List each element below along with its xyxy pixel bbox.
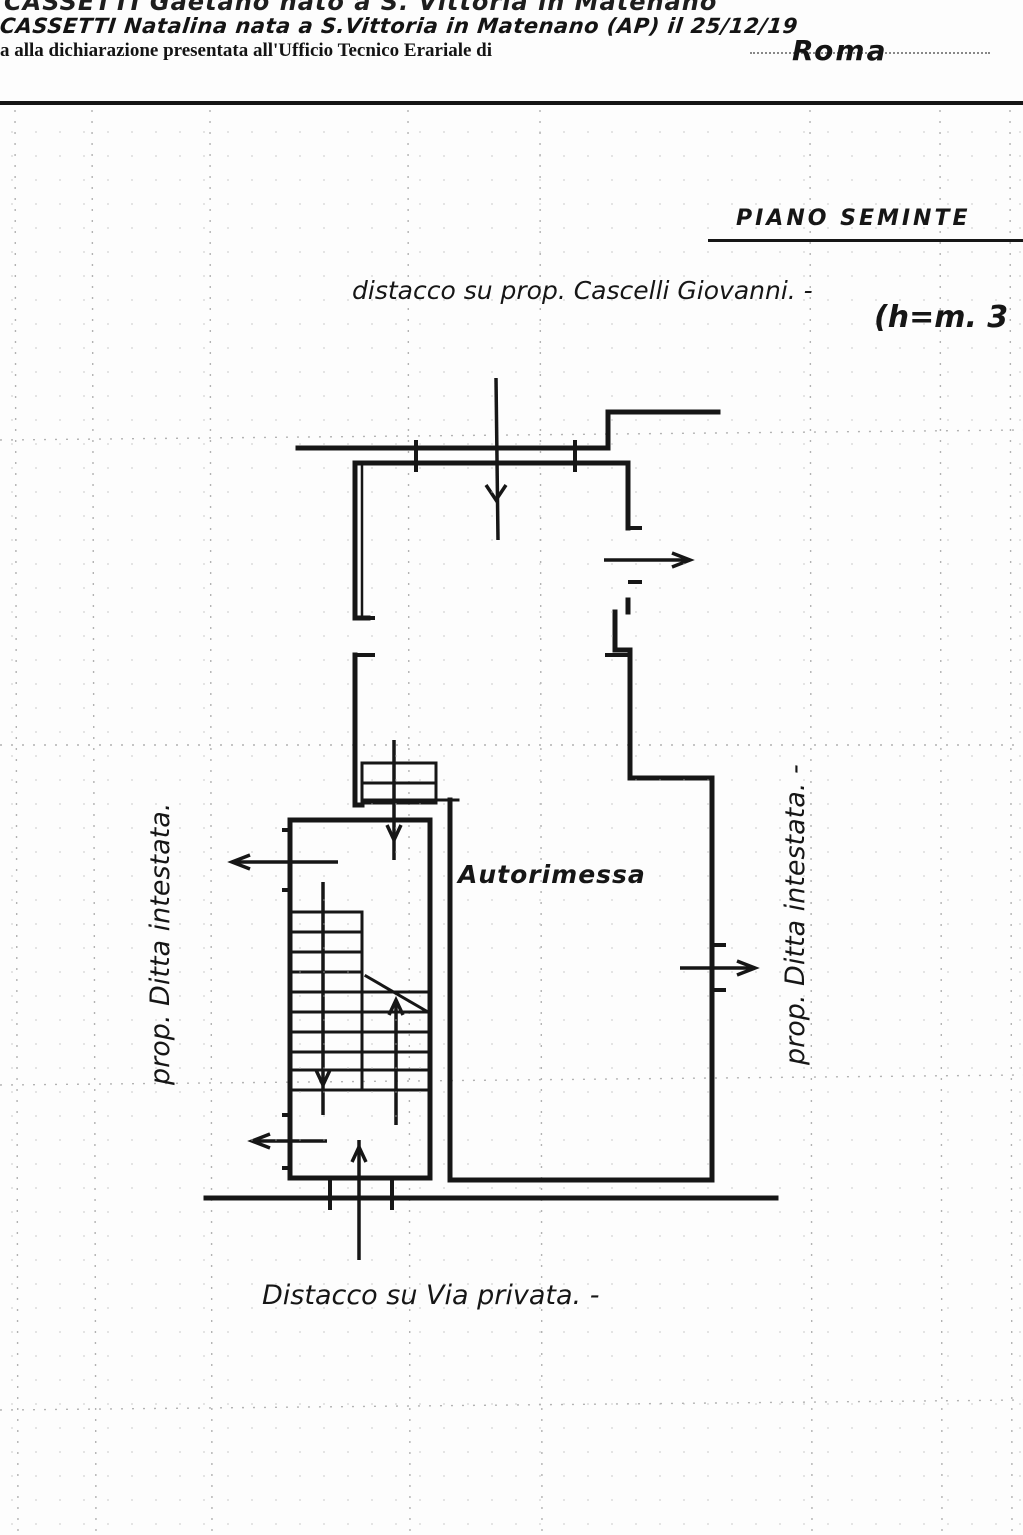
floor-title: PIANO SEMINTE bbox=[736, 206, 971, 231]
annotation-bottom-boundary: Distacco su Via privata. - bbox=[262, 1280, 599, 1311]
annotation-right-boundary: prop. Ditta intestata. - bbox=[780, 764, 811, 1065]
room-label-autorimessa: Autorimessa bbox=[458, 860, 646, 889]
floor-title-underline bbox=[708, 239, 1023, 242]
annotation-left-boundary: prop. Ditta intestata. bbox=[145, 803, 176, 1085]
cadastral-floor-plan-page: CASSETTI Gaetano nato a S. Vittoria in M… bbox=[0, 0, 1023, 1535]
annotation-ceiling-height: (h=m. 3 bbox=[874, 300, 1008, 335]
annotation-top-boundary: distacco su prop. Cascelli Giovanni. - bbox=[352, 276, 813, 305]
